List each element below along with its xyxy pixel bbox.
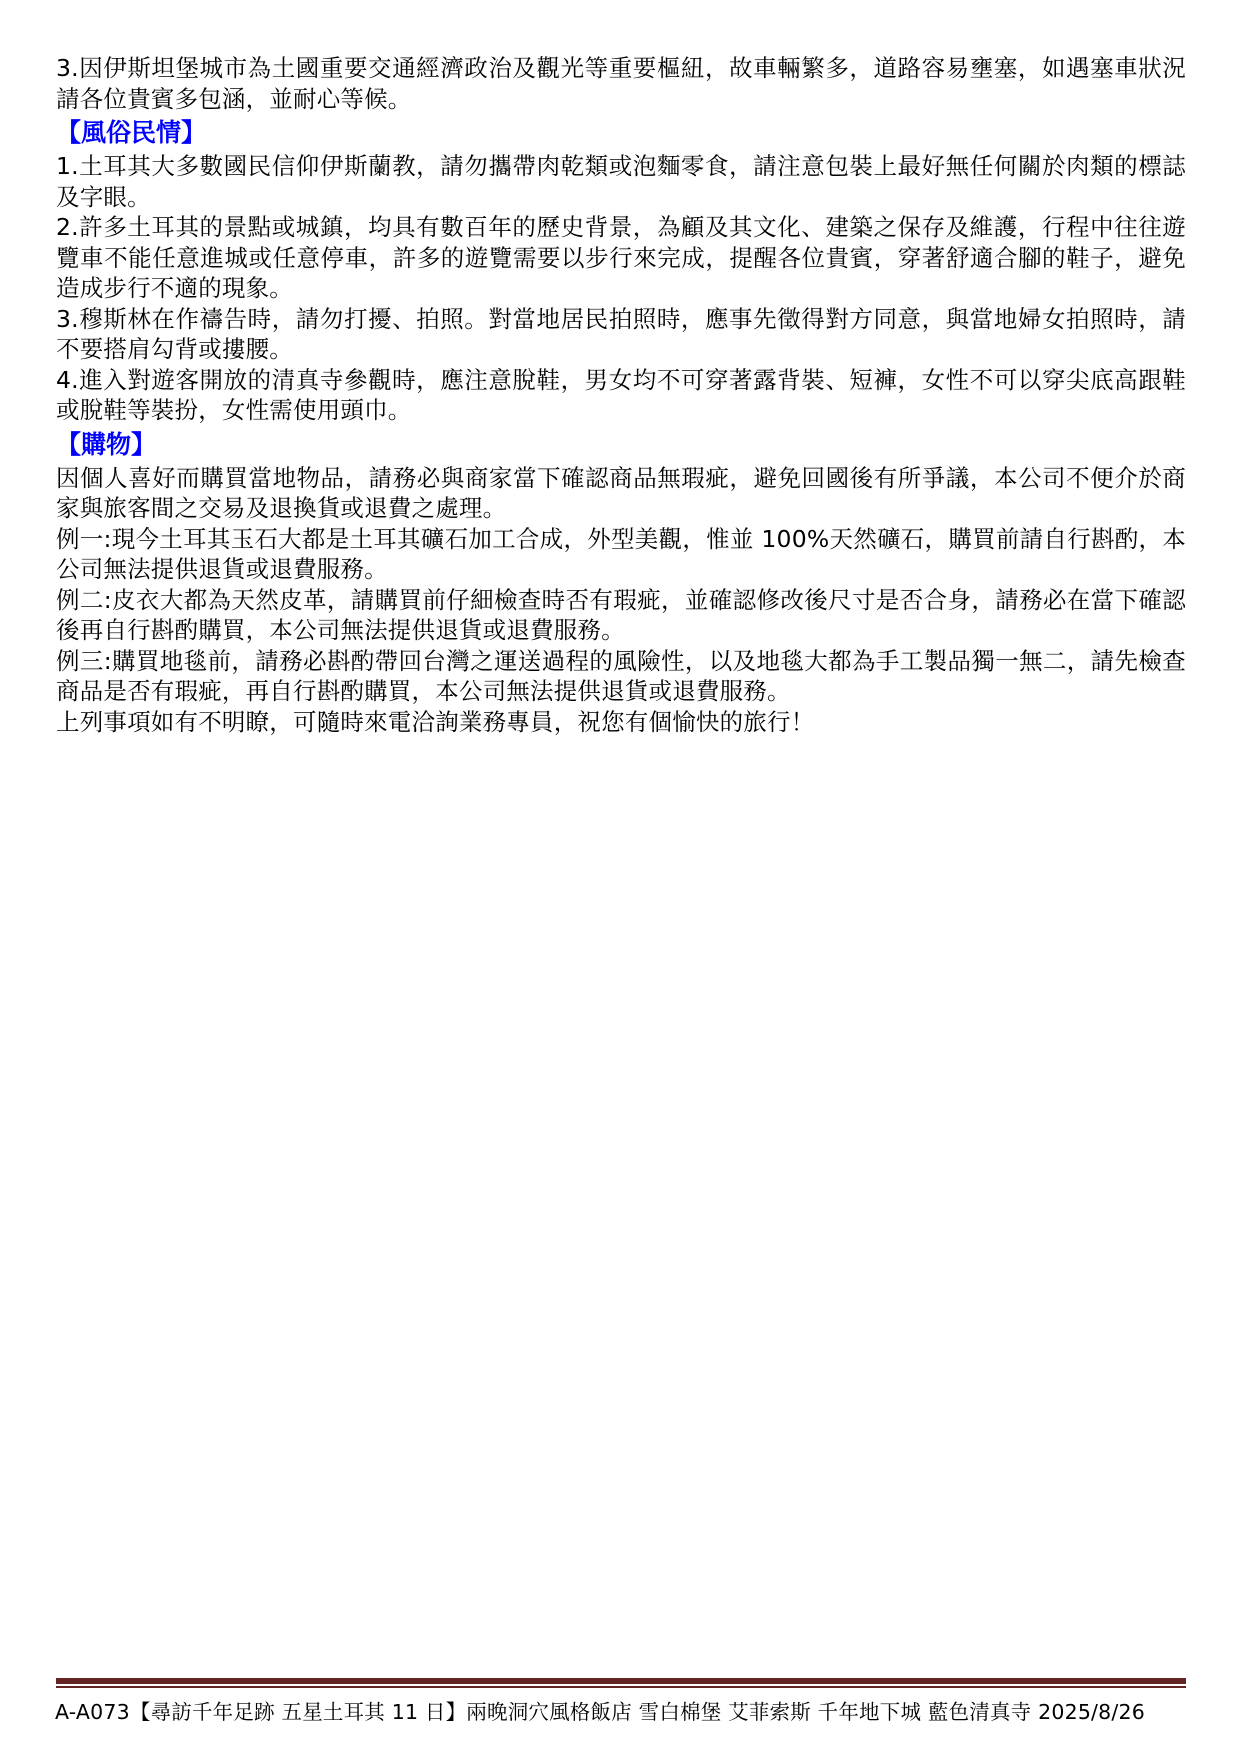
paragraph: 例一:現今土耳其玉石大都是土耳其礦石加工合成，外型美觀，惟並 100%天然礦石，… bbox=[56, 524, 1186, 585]
paragraph: 3.因伊斯坦堡城市為土國重要交通經濟政治及觀光等重要樞紐，故車輛繁多，道路容易壅… bbox=[56, 53, 1186, 114]
paragraph: 例二:皮衣大都為天然皮革，請購買前仔細檢查時否有瑕疵，並確認修改後尺寸是否合身，… bbox=[56, 585, 1186, 646]
paragraph: 2.許多土耳其的景點或城鎮，均具有數百年的歷史背景，為顧及其文化、建築之保存及維… bbox=[56, 212, 1186, 304]
footer-divider bbox=[56, 1678, 1186, 1688]
section-header: 【購物】 bbox=[56, 426, 1186, 463]
paragraph: 上列事項如有不明瞭，可隨時來電洽詢業務專員，祝您有個愉快的旅行！ bbox=[56, 707, 1186, 738]
paragraph: 1.土耳其大多數國民信仰伊斯蘭教，請勿攜帶肉乾類或泡麵零食，請注意包裝上最好無任… bbox=[56, 151, 1186, 212]
document-body: 3.因伊斯坦堡城市為土國重要交通經濟政治及觀光等重要樞紐，故車輛繁多，道路容易壅… bbox=[56, 53, 1186, 737]
paragraph: 3.穆斯林在作禱告時，請勿打擾、拍照。對當地居民拍照時，應事先徵得對方同意，與當… bbox=[56, 304, 1186, 365]
footer-divider-thin-line bbox=[56, 1686, 1186, 1688]
footer-tour-title: A-A073【尋訪千年足跡 五星土耳其 11 日】兩晚洞穴風格飯店 雪白棉堡 艾… bbox=[0, 1698, 1200, 1726]
section-header: 【風俗民情】 bbox=[56, 114, 1186, 151]
paragraph: 例三:購買地毯前，請務必斟酌帶回台灣之運送過程的風險性，以及地毯大都為手工製品獨… bbox=[56, 646, 1186, 707]
document-page: { "page": { "background": "#ffffff" }, "… bbox=[0, 0, 1241, 1755]
paragraph: 4.進入對遊客開放的清真寺參觀時，應注意脫鞋，男女均不可穿著露背裝、短褲，女性不… bbox=[56, 365, 1186, 426]
paragraph: 因個人喜好而購買當地物品，請務必與商家當下確認商品無瑕疵，避免回國後有所爭議，本… bbox=[56, 463, 1186, 524]
